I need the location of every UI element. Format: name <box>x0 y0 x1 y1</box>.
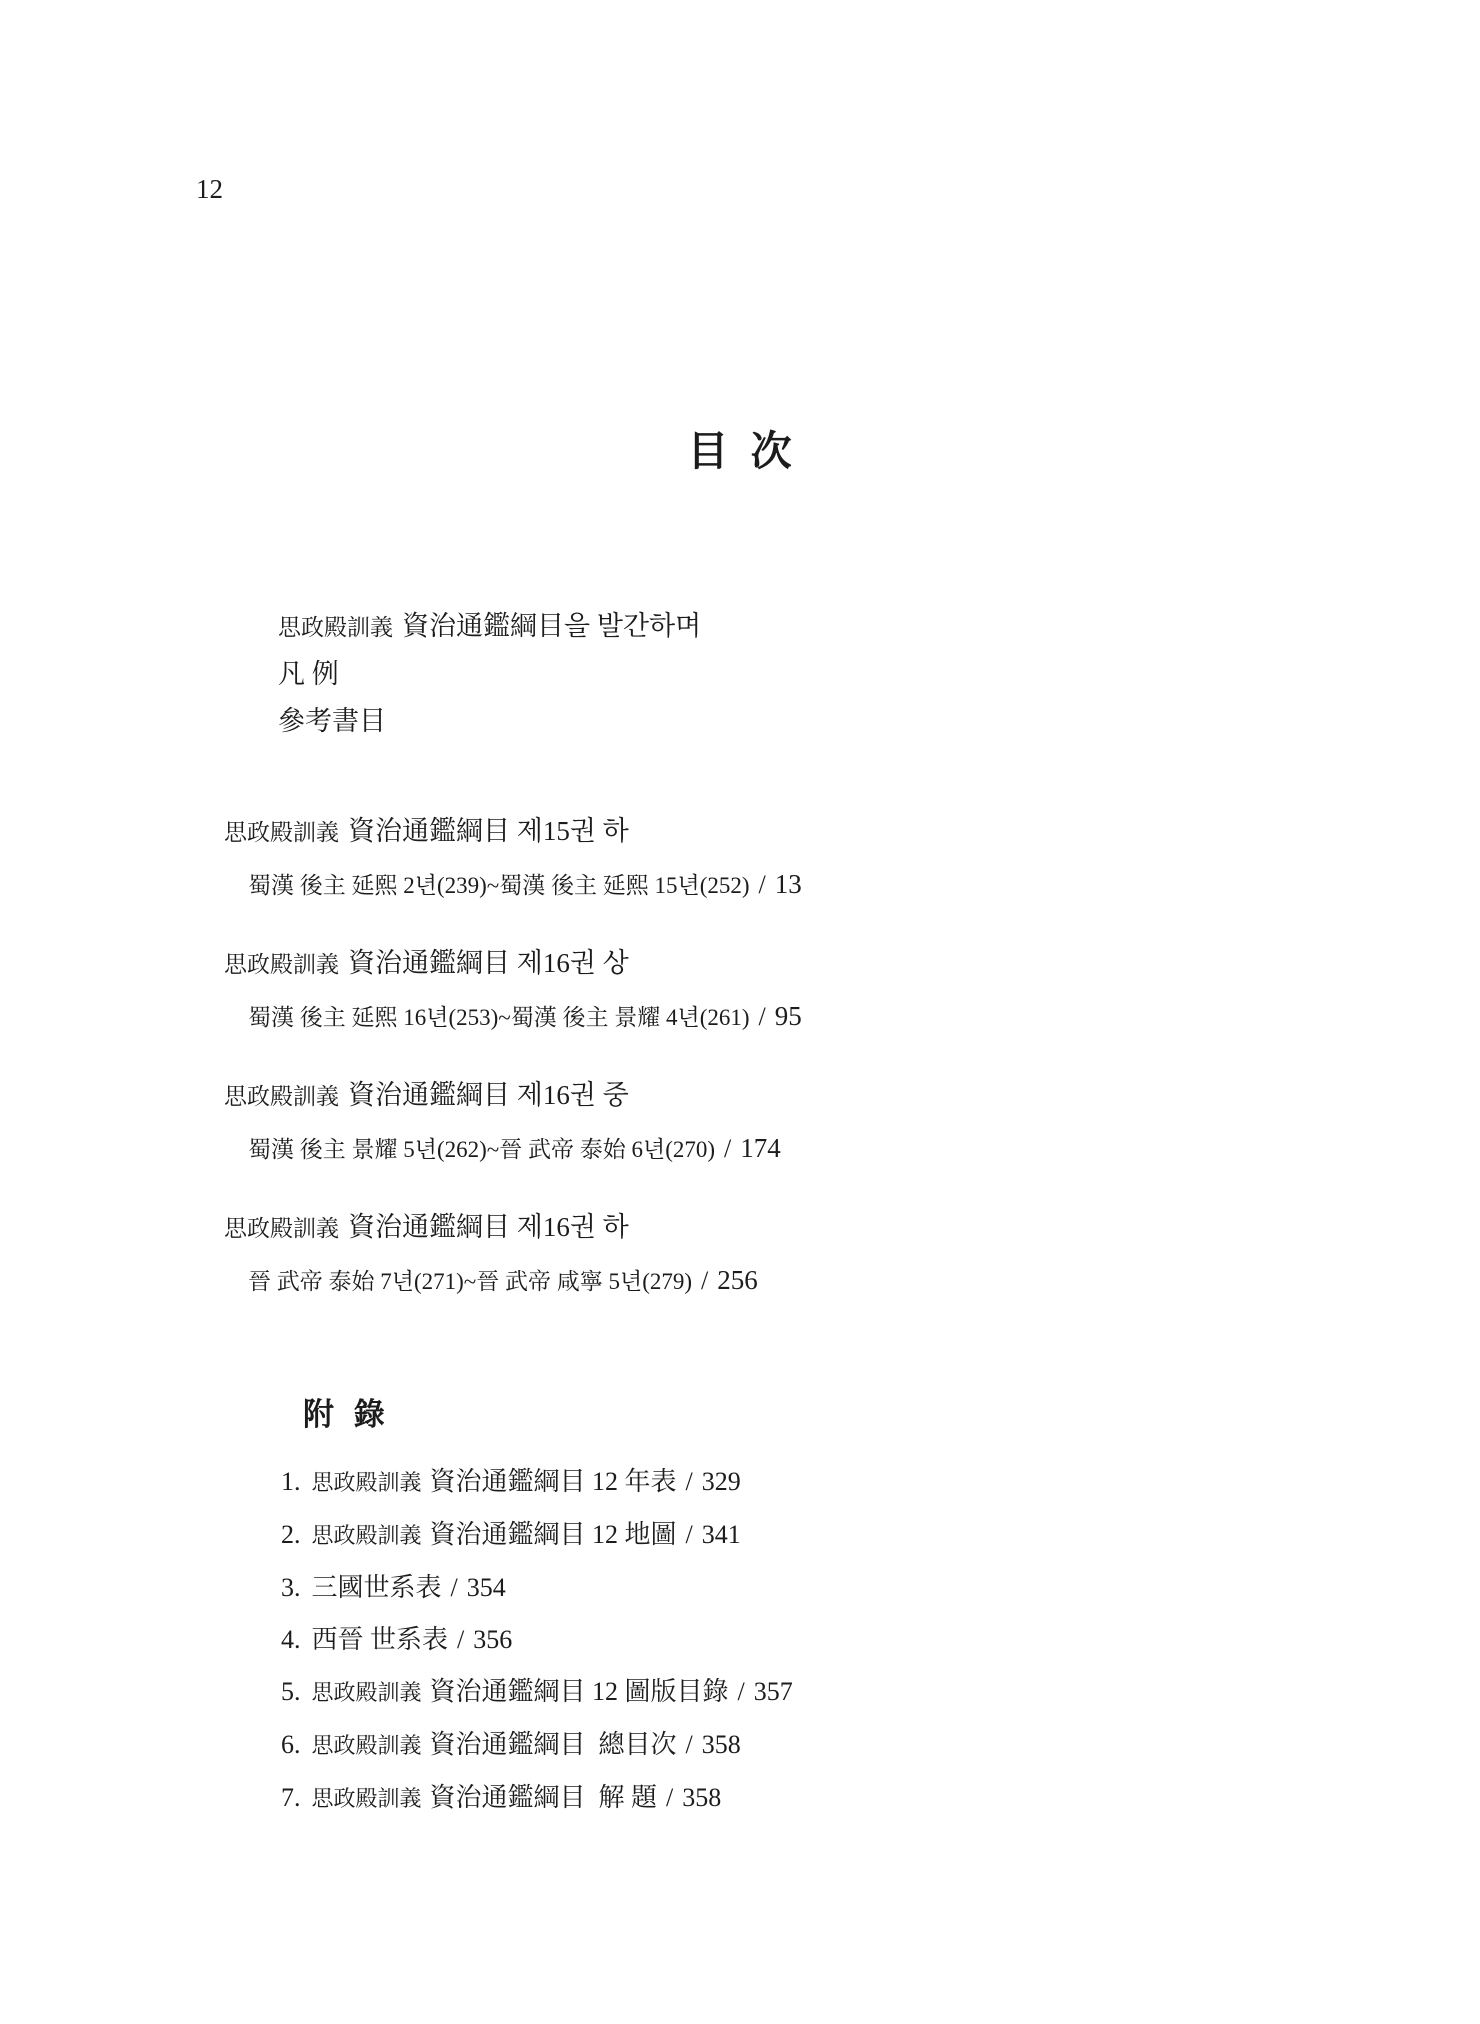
toc-volume-entry: 思政殿訓義資治通鑑綱目 제16권 중 蜀漢 後主 景耀 5년(262)~晉 武帝… <box>0 1080 1480 1164</box>
appendix-page-ref: 358 <box>702 1730 741 1759</box>
volume-range-line: 蜀漢 後主 延熙 2년(239)~蜀漢 後主 延熙 15년(252)/13 <box>0 870 1480 900</box>
front-matter-prefix: 思政殿訓義 <box>278 615 393 640</box>
front-matter-item: 思政殿訓義資治通鑑綱目을 발간하며 <box>278 612 701 642</box>
front-matter-item: 參考書目 <box>278 707 701 736</box>
volume-page-ref: 256 <box>717 1265 758 1295</box>
front-matter-text: 參考書目 <box>278 706 386 736</box>
appendix-item-prefix: 思政殿訓義 <box>312 1733 422 1758</box>
appendix-item-prefix: 思政殿訓義 <box>312 1523 422 1548</box>
separator: / <box>451 1573 458 1602</box>
appendix-item-number: 1. <box>281 1467 301 1496</box>
separator: / <box>759 870 766 899</box>
appendix-page-ref: 358 <box>682 1783 721 1812</box>
appendix-item: 7.思政殿訓義資治通鑑綱目 解 題/358 <box>281 1783 793 1814</box>
appendix-item-number: 4. <box>281 1625 301 1654</box>
volume-page-ref: 174 <box>740 1133 781 1163</box>
appendix-item-number: 2. <box>281 1520 301 1549</box>
separator: / <box>686 1730 693 1759</box>
appendix-item-number: 7. <box>281 1783 301 1812</box>
front-matter-list: 思政殿訓義資治通鑑綱目을 발간하며 凡 例 參考書目 <box>278 612 701 754</box>
appendix-item-number: 6. <box>281 1730 301 1759</box>
appendix-item-text: 三國世系表 <box>312 1573 442 1602</box>
separator: / <box>457 1625 464 1654</box>
appendix-item-text: 資治通鑑綱目 12 年表 <box>430 1467 677 1496</box>
appendix-item-prefix: 思政殿訓義 <box>312 1786 422 1811</box>
volume-heading-title: 資治通鑑綱目 제16권 중 <box>348 1080 629 1110</box>
volume-heading-prefix: 思政殿訓義 <box>224 1216 339 1241</box>
volume-range: 蜀漢 後主 延熙 2년(239)~蜀漢 後主 延熙 15년(252) <box>248 873 750 898</box>
front-matter-text: 凡 例 <box>278 659 339 689</box>
appendix-item: 4.西晉 世系表/356 <box>281 1625 793 1655</box>
appendix-item-text: 資治通鑑綱目 12 地圖 <box>430 1520 677 1549</box>
appendix-item: 2.思政殿訓義資治通鑑綱目 12 地圖/341 <box>281 1520 793 1551</box>
front-matter-item: 凡 例 <box>278 660 701 689</box>
appendix-item-number: 5. <box>281 1677 301 1706</box>
appendix-item-text: 資治通鑑綱目 解 題 <box>430 1783 658 1812</box>
volume-heading: 思政殿訓義資治通鑑綱目 제16권 중 <box>0 1080 1480 1112</box>
appendix-item: 1.思政殿訓義資治通鑑綱目 12 年表/329 <box>281 1467 793 1498</box>
separator: / <box>724 1134 731 1163</box>
volume-heading-prefix: 思政殿訓義 <box>224 952 339 977</box>
appendix-item-prefix: 思政殿訓義 <box>312 1680 422 1705</box>
separator: / <box>686 1520 693 1549</box>
volume-range-line: 蜀漢 後主 延熙 16년(253)~蜀漢 後主 景耀 4년(261)/95 <box>0 1002 1480 1032</box>
appendix-page-ref: 354 <box>467 1573 506 1602</box>
volume-range-line: 蜀漢 後主 景耀 5년(262)~晉 武帝 泰始 6년(270)/174 <box>0 1134 1480 1164</box>
appendix-page-ref: 341 <box>702 1520 741 1549</box>
volume-heading: 思政殿訓義資治通鑑綱目 제16권 하 <box>0 1212 1480 1244</box>
appendix-item: 5.思政殿訓義資治通鑑綱目 12 圖版目錄/357 <box>281 1677 793 1708</box>
appendix-item-text: 資治通鑑綱目 12 圖版目錄 <box>430 1677 729 1706</box>
appendix-item-text: 資治通鑑綱目 總目次 <box>430 1730 677 1759</box>
toc-volume-entry: 思政殿訓義資治通鑑綱目 제16권 상 蜀漢 後主 延熙 16년(253)~蜀漢 … <box>0 948 1480 1032</box>
appendix-page-ref: 357 <box>754 1677 793 1706</box>
separator: / <box>759 1002 766 1031</box>
volume-heading-prefix: 思政殿訓義 <box>224 820 339 845</box>
volume-range-line: 晉 武帝 泰始 7년(271)~晉 武帝 咸寧 5년(279)/256 <box>0 1266 1480 1296</box>
page-number: 12 <box>196 174 223 204</box>
appendix-page-ref: 356 <box>473 1625 512 1654</box>
volume-heading-prefix: 思政殿訓義 <box>224 1084 339 1109</box>
volume-heading: 思政殿訓義資治通鑑綱目 제16권 상 <box>0 948 1480 980</box>
appendix-item-text: 西晉 世系表 <box>312 1625 449 1654</box>
volume-range: 蜀漢 後主 延熙 16년(253)~蜀漢 後主 景耀 4년(261) <box>248 1005 750 1030</box>
separator: / <box>701 1266 708 1295</box>
separator: / <box>666 1783 673 1812</box>
front-matter-text: 資治通鑑綱目을 발간하며 <box>402 611 701 641</box>
separator: / <box>686 1467 693 1496</box>
volume-heading-title: 資治通鑑綱目 제16권 상 <box>348 948 629 978</box>
page-title: 目 次 <box>0 428 1480 474</box>
volume-heading-title: 資治通鑑綱目 제16권 하 <box>348 1212 629 1242</box>
appendix-list: 1.思政殿訓義資治通鑑綱目 12 年表/329 2.思政殿訓義資治通鑑綱目 12… <box>281 1467 793 1836</box>
appendix-heading: 附 錄 <box>303 1397 385 1433</box>
appendix-item-prefix: 思政殿訓義 <box>312 1470 422 1495</box>
volume-range: 蜀漢 後主 景耀 5년(262)~晉 武帝 泰始 6년(270) <box>248 1137 715 1162</box>
appendix-page-ref: 329 <box>702 1467 741 1496</box>
volume-range: 晉 武帝 泰始 7년(271)~晉 武帝 咸寧 5년(279) <box>248 1269 692 1294</box>
volume-heading-title: 資治通鑑綱目 제15권 하 <box>348 816 629 846</box>
separator: / <box>738 1677 745 1706</box>
appendix-item: 3.三國世系表/354 <box>281 1573 793 1603</box>
appendix-item: 6.思政殿訓義資治通鑑綱目 總目次/358 <box>281 1730 793 1761</box>
appendix-item-number: 3. <box>281 1573 301 1602</box>
toc-volume-entry: 思政殿訓義資治通鑑綱目 제16권 하 晉 武帝 泰始 7년(271)~晉 武帝 … <box>0 1212 1480 1296</box>
toc-volume-entry: 思政殿訓義資治通鑑綱目 제15권 하 蜀漢 後主 延熙 2년(239)~蜀漢 後… <box>0 816 1480 900</box>
volume-heading: 思政殿訓義資治通鑑綱目 제15권 하 <box>0 816 1480 848</box>
volume-page-ref: 13 <box>775 869 802 899</box>
volume-page-ref: 95 <box>775 1001 802 1031</box>
